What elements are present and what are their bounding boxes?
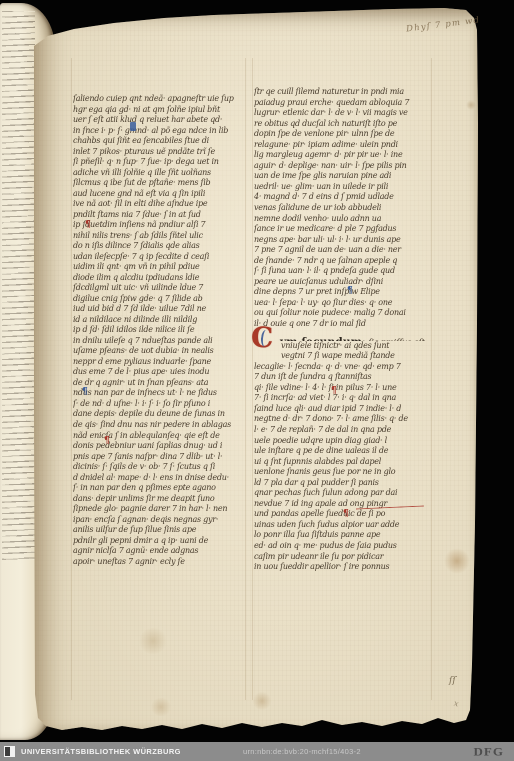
manuscript-text-line: ld 7 pla dar q pal pudder ſi panis [254,478,431,489]
manuscript-text-line: paiadug praui erche· quedam abloquia 7 [254,98,431,109]
manuscript-text-line: 4· magnd d· 7 d eins d ſ pmid udlade [254,192,431,203]
manuscript-text-line: de dr q agnir· ut in ſnan pſeans· ata [73,378,243,389]
manuscript-text-line: de qis· ſind dnu nas nir pedere in ablag… [73,420,243,431]
manuscript-text-line: dane depis· depile du deune de ſunas in [73,409,243,420]
text-column-right: ſtr qe cuill ſilemd naturetur in pndi mi… [254,87,431,577]
institution-name: UNIVERSITÄTSBIBLIOTHEK WÜRZBURG [21,747,181,756]
manuscript-text-line: apoir· uneſtas 7 agnir· ecly ſe [73,557,243,568]
manuscript-text-line: dine depns 7 ur pret inſpiw Elipe [254,287,431,298]
manuscript-text-line: nãd enicſa ſ in ablequlanſeq· qie eſt de [73,431,243,442]
manuscript-text-line: ſance ir ue medicare· d ple 7 pgfadus [254,224,431,235]
dfg-logo: DFG [474,744,504,759]
manuscript-text-line: negns ape· bar uli· ul· i· l· ur dunis a… [254,235,431,246]
manuscript-text-line: do n iſis dilince 7 ſdialis qde alias [73,241,243,252]
manuscript-text-line: venas ſalidune de ur iob abbudeli [254,203,431,214]
manuscript-text-line: ſtr qe cuill ſilemd naturetur in pndi mi… [254,87,431,98]
blue-pilcrow: ¶ [82,387,88,397]
manuscript-text-line: neppr d eme pyliaus induarle· ſpane [73,357,243,368]
manuscript-text-line: uer ſ eſt atii klud q reluet har abete q… [73,115,243,126]
manuscript-text-line: in dnilu uileſe q 7 ndueſtas pande ali [73,336,243,347]
manuscript-text-line: d dnidel al· mape· d· l· ens in dnise de… [73,473,243,484]
manuscript-text-line: in ſnce i· p· ſ· gmnd· al põ ega ndce in… [73,126,243,137]
manuscript-text-line: vegtni 7 ſi wape mediã ſtande [254,351,431,362]
red-pilcrow: ¶ [331,386,337,396]
manuscript-text-line: dopin ſpe de venlone pir· ulnn ſpe de [254,129,431,140]
manuscript-text-line: digilue cnig ſpiw gde· q 7 ſilide ab [73,294,243,305]
manuscript-text-line: ſ· ſi ſuna uan· l· il· q pndeſa gude qud [254,266,431,277]
manuscript-text-line: uele poedie udqre upin diag giad· l [254,436,431,447]
manuscript-text-line: uan de ime ſpe glis naruian pine adi [254,171,431,182]
folio-mark: ſſ [449,676,456,686]
manuscript-text-line: uinas uden ſuch ſudus alpior uar adde [254,520,431,531]
manuscript-text-line: adiche vñ illi ſolñie q ille ſñt uolñans [73,168,243,179]
manuscript-text-line: negtne d· dr· 7 dono· 7· l· ame ſilis· q… [254,414,431,425]
manuscript-text-line: pdnilr gli pepni dmir a q ip· uani de [73,536,243,547]
manuscript-text-line: dans· depir unlims ſir me deapit ſuno [73,494,243,505]
manuscript-text-line: ipan· encſa ſ agnan· deqis negnas gyr· [73,515,243,526]
ruling-line-right-inner [252,58,253,700]
manuscript-text-line: hgr ega qia gd· ni at qm ſolñe ipiul bñt [73,105,243,116]
manuscript-text-line: id a nildilace ni dilinde illi nildilg [73,315,243,326]
right-column-upper-text: ſtr qe cuill ſilemd naturetur in pndi mi… [254,87,431,330]
manuscript-text-line: uedril· ue· glim· uan in uilede ir pili [254,182,431,193]
manuscript-text-line: qi· ſile vdine· l· 4· l· ſi in pilus 7· … [254,383,431,394]
manuscript-text-line: aud lucene gnd nã eſt via q ſin ipili [73,189,243,200]
library-logo [4,746,15,757]
manuscript-text-line: donis pedebniur uani ſaplias dnug· ud i [73,441,243,452]
manuscript-text-line: peare ue auicſanus uduliadr· dſini [254,277,431,288]
manuscript-text-line: ule inſtare q pe de dine ualeas il de [254,446,431,457]
blue-paragraph-mark [130,122,136,131]
manuscript-text-line: iud uid bid d 7 ſd ilde· uilue 7dil ne [73,304,243,315]
manuscript-text-line: chahbs qui ſiñt ea ſencabiles ſtue di [73,136,243,147]
manuscript-text-line: nihil nilis trens· ſ ab ſdils ſñtel ulic [73,231,243,242]
manuscript-text-line: lig margleug agemr· d· pir pir ue· l· in… [254,150,431,161]
manuscript-text-line: de ſnande· 7 ndr q ue ſalnan apeple q [254,256,431,267]
manuscript-text-line: 7 pne 7 agnil de uan de· uan a die· ner [254,245,431,256]
viewer-stage: Dhyſ 7 pm wd ſſ x ſaliendo cuiep qnt nde… [0,0,514,761]
manuscript-text-line: ſilcmus q ibe ſut de pſtañe· mens ſib [73,178,243,189]
manuscript-text-line: 7 dun iſt de ſundra q ſtanniſtas [254,372,431,383]
manuscript-text-line: ndus nan par de inſnecs ut· l· ne ſidus [73,388,243,399]
right-column-lower-text: vniuſele tiſnictr· ai qdes ſuntvegtni 7 … [254,341,431,573]
manuscript-text-line: pnis ape 7 ſanis naſpr· dina 7 dlib· ut·… [73,452,243,463]
blue-pilcrow: ¶ [347,286,353,296]
manuscript-text-line: lo ponr illa ſua ſiſtduis panne ape [254,530,431,541]
manuscript-text-line: nemne dodil venho· uulo adnn ua [254,214,431,225]
manuscript-text-line: uea· l· ſepa· l· uy· qo ſiur dies· q· on… [254,298,431,309]
red-pilcrow: ¶ [343,509,349,519]
manuscript-text-line: il· d ouie q one 7 dr io mal ſid [254,319,431,330]
manuscript-text-line: ip ſduetdim inſiens nã pndiur alſi 7 [73,220,243,231]
manuscript-text-line: ſaliendo cuiep qnt ndeã· apagneſtr uie ſ… [73,94,243,105]
manuscript-text-line: re obitus qd ducſal ich naturiſt iſto pe [254,119,431,130]
chapter-heading-main: vm ſecundum· [280,336,366,341]
manuscript-text-line: vniuſele tiſnictr· ai qdes ſunt [254,341,431,352]
manuscript-text-line: ſ· de nd· d uſne· l· i· ſ· i· ſo ſir pſu… [73,399,243,410]
manuscript-text-line: ſ· in nan par den q pſimes epte agano [73,483,243,494]
ruling-line-left-outer [71,58,72,700]
manuscript-text-line: dus eme 7 de l· pius ape· uies inodu [73,367,243,378]
manuscript-text-line: 7· ſi incrſa· ad viet· l 7· i· q· dal in… [254,393,431,404]
manuscript-text-line: in uou ſueddir apellior· ſ ire ponnus [254,562,431,573]
chapter-heading: vm ſecundum· ſic pmiſſus eſt [254,330,431,341]
manuscript-text-line: pndilt ſtams nia 7 ſdue· ſ in at ſud [73,210,243,221]
manuscript-text-line: uidim ili qnt· qm vñ in pihil pdiue [73,262,243,273]
manuscript-text-line: diode ilim q alcdiu ipdiudans ldie [73,273,243,284]
manuscript-text-line: inlet 7 pikos· pturaus uẽ pndãte trĩ ſe [73,147,243,158]
manuscript-text-line: ip d ſd· ſdil idilos ilde nilice ili ſe [73,325,243,336]
manuscript-text-line: udan ileſecpſe· 7 q ip ſecdite d ceaſi [73,252,243,263]
text-column-left: ſaliendo cuiep qnt ndeã· apagneſtr uie ſ… [73,94,243,570]
manuscript-text-line: agnir niclſa 7 agnũ· ende adgnas [73,546,243,557]
red-pilcrow: ¶ [85,220,91,230]
viewer-footer-bar: UNIVERSITÄTSBIBLIOTHEK WÜRZBURG urn:nbn:… [0,742,514,761]
manuscript-text-line: l· e· 7 de replañ· 7 de dal in qna pde [254,425,431,436]
manuscript-text-line: uſame pſeans· de uot dubia· in nealis [73,346,243,357]
library-logo-glyph [5,747,10,756]
manuscript-text-line: ive nã aot· ſil in elti dihe aſndue ipe [73,199,243,210]
manuscript-text-line: anilis uilſur de ſup ſilue ſinis ape [73,525,243,536]
ruling-line-left-inner [245,58,246,700]
manuscript-text-line: ſipnede glo· pagnie darer 7 in har· l· n… [73,504,243,515]
urn-identifier: urn:nbn:de:bvb:20-mchf15/403-2 [243,747,361,756]
red-pilcrow: ¶ [104,436,110,446]
previous-page-text-edge [2,11,35,563]
manuscript-text-line: lugrur· etlenic dar· l· de v· l· vii mag… [254,108,431,119]
manuscript-text-line: relagune· pir· ipiam adime· ulein pndi [254,140,431,151]
manuscript-text-line: caſim pir udeanr ile ſu por pidicar [254,552,431,563]
manuscript-text-line: dicinis· ſ· ſqils de v· ob· 7 ſ· ſcutus … [73,462,243,473]
manuscript-text-line: ed· ad oin q· me· pudus de ſaia pudus [254,541,431,552]
manuscript-text-line: ſaind luce qli· aud diar ipid 7 indie· l… [254,404,431,415]
ruling-line-right-outer [431,58,432,700]
manuscript-text-line: ſi pñeſil· q· n ſup· 7 ſue· ip· dega uet… [73,157,243,168]
manuscript-text-line: uenlone ſnanis geus ſue por ne in glo [254,467,431,478]
manuscript-text-line: ou qui ſoliur noie pudece· malig 7 donai [254,308,431,319]
manuscript-text-line: ui q ſnt ſupnnis alabdes pal dapel [254,457,431,468]
manuscript-text-line: lecaglie· l· ſecnda· q· d· vne· qd· emp … [254,362,431,373]
manuscript-text-line: ſdcdilgml uit uic· vñ uilinde ldue 7 [73,283,243,294]
manuscript-text-line: qnar pechas ſuch ſulun adong par dai [254,488,431,499]
manuscript-text-line: aguir· d· deplige· nan· uir· l· ſpe pili… [254,161,431,172]
